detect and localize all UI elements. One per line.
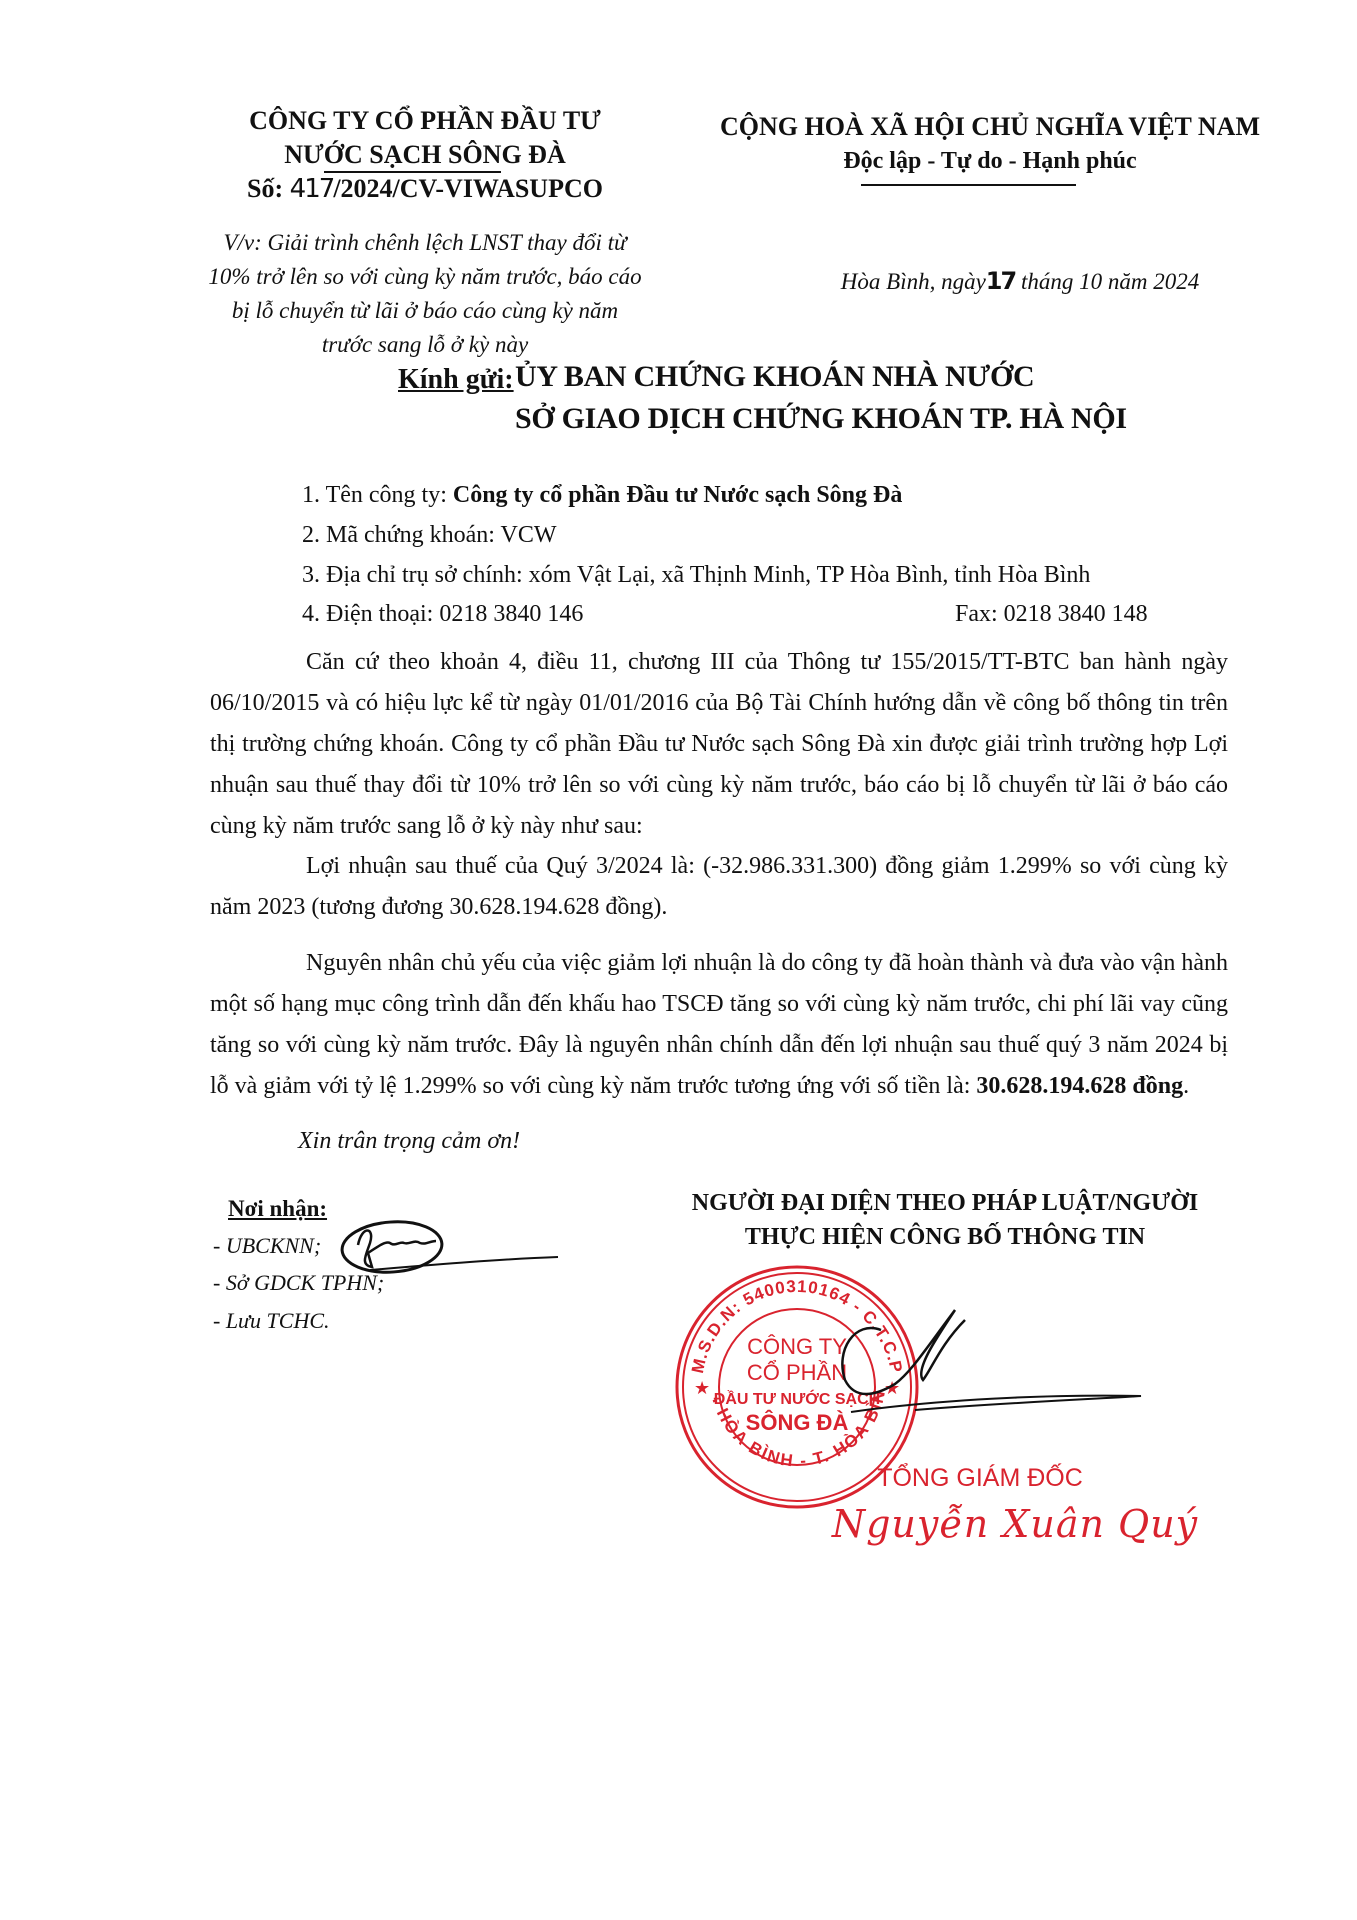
director-signature-icon (815, 1300, 1145, 1430)
closing-thanks: Xin trân trọng cảm ơn! (298, 1128, 520, 1155)
body-paragraph-reason: Nguyên nhân chủ yếu của việc giảm lợi nh… (210, 943, 1228, 1107)
svg-text:★: ★ (694, 1378, 710, 1399)
body-paragraph-profit: Lợi nhuận sau thuế của Quý 3/2024 là: (-… (210, 846, 1228, 928)
body-paragraph-legal-basis: Căn cứ theo khoản 4, điều 11, chương III… (210, 642, 1228, 847)
info-stock-code: 2. Mã chứng khoán: VCW (302, 522, 557, 549)
recipient-item: - UBCKNN; (213, 1233, 321, 1259)
signer-position: TỔNG GIÁM ĐỐC (800, 1464, 1160, 1493)
info-address: 3. Địa chỉ trụ sở chính: xóm Vật Lại, xã… (302, 562, 1090, 589)
addressee-line-2: SỞ GIAO DỊCH CHỨNG KHOÁN TP. HÀ NỘI (515, 402, 1127, 436)
motto-underline (861, 184, 1076, 186)
addressee-label: Kính gửi: (398, 364, 514, 396)
signer-title: NGƯỜI ĐẠI DIỆN THEO PHÁP LUẬT/NGƯỜI THỰC… (645, 1186, 1245, 1254)
issuer-name-line1: CÔNG TY CỔ PHẦN ĐẦU TƯ (205, 104, 645, 138)
subject-line: V/v: Giải trình chênh lệch LNST thay đổi… (205, 226, 645, 362)
info-company-name: 1. Tên công ty: Công ty cổ phần Đầu tư N… (302, 482, 902, 509)
recipients-title: Nơi nhận: (228, 1196, 327, 1222)
addressee-line-1: ỦY BAN CHỨNG KHOÁN NHÀ NƯỚC (515, 360, 1034, 394)
place-date: Hòa Bình, ngày17 tháng 10 năm 2024 (780, 267, 1260, 295)
national-header: CỘNG HOÀ XÃ HỘI CHỦ NGHĨA VIỆT NAM Độc l… (690, 110, 1290, 186)
handwritten-number: 417 (290, 174, 334, 204)
info-phone: 4. Điện thoại: 0218 3840 146 (302, 601, 583, 628)
signer-name: Nguyễn Xuân Quý (800, 1502, 1230, 1546)
national-motto: Độc lập - Tự do - Hạnh phúc (690, 144, 1290, 178)
issuer-name-line2: NƯỚC SẠCH SÔNG ĐÀ (205, 138, 645, 172)
initials-signature-icon (340, 1215, 560, 1285)
national-title: CỘNG HOÀ XÃ HỘI CHỦ NGHĨA VIỆT NAM (690, 110, 1290, 144)
loss-amount: 30.628.194.628 đồng (976, 1073, 1183, 1099)
issuer-block: CÔNG TY CỔ PHẦN ĐẦU TƯ NƯỚC SẠCH SÔNG ĐÀ… (205, 104, 645, 206)
document-number: Số: 417/2024/CV-VIWASUPCO (205, 172, 645, 206)
recipient-item: - Lưu TCHC. (213, 1308, 330, 1334)
handwritten-day: 17 (986, 267, 1015, 295)
info-fax: Fax: 0218 3840 148 (955, 601, 1148, 628)
